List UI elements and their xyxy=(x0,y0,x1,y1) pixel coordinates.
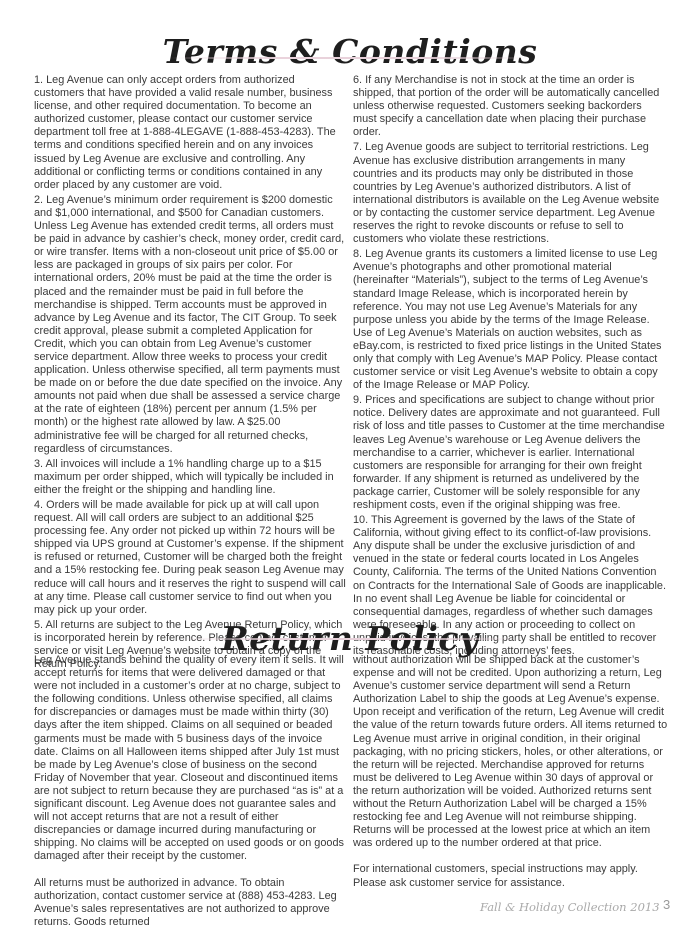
terms-clause-3: 3. All invoices will include a 1% handli… xyxy=(34,458,346,497)
terms-clause-4: 4. Orders will be made available for pic… xyxy=(34,499,346,617)
terms-clause-9: 9. Prices and specifications are subject… xyxy=(353,394,668,512)
terms-clause-7: 7. Leg Avenue goods are subject to terri… xyxy=(353,141,668,246)
return-right-column: without authorization will be shipped ba… xyxy=(353,654,668,892)
terms-conditions-heading: Terms & Conditions xyxy=(0,32,700,71)
return-left-column: Leg Avenue stands behind the quality of … xyxy=(34,654,346,931)
terms-clause-6: 6. If any Merchandise is not in stock at… xyxy=(353,74,668,139)
terms-heading-divider xyxy=(170,57,530,59)
terms-clause-8: 8. Leg Avenue grants its customers a lim… xyxy=(353,248,668,392)
return-heading-divider xyxy=(180,638,520,640)
return-paragraph-4: For international customers, special ins… xyxy=(353,863,668,889)
terms-left-column: 1. Leg Avenue can only accept orders fro… xyxy=(34,74,346,673)
return-paragraph-3: without authorization will be shipped ba… xyxy=(353,654,668,850)
return-paragraph-2: All returns must be authorized in advanc… xyxy=(34,877,346,929)
footer-collection-title: Fall & Holiday Collection 2013 xyxy=(480,900,660,914)
terms-right-column: 6. If any Merchandise is not in stock at… xyxy=(353,74,668,660)
page-number: 3 xyxy=(663,897,670,912)
return-paragraph-1: Leg Avenue stands behind the quality of … xyxy=(34,654,346,864)
terms-clause-2: 2. Leg Avenue’s minimum order requiremen… xyxy=(34,194,346,456)
terms-clause-1: 1. Leg Avenue can only accept orders fro… xyxy=(34,74,346,192)
